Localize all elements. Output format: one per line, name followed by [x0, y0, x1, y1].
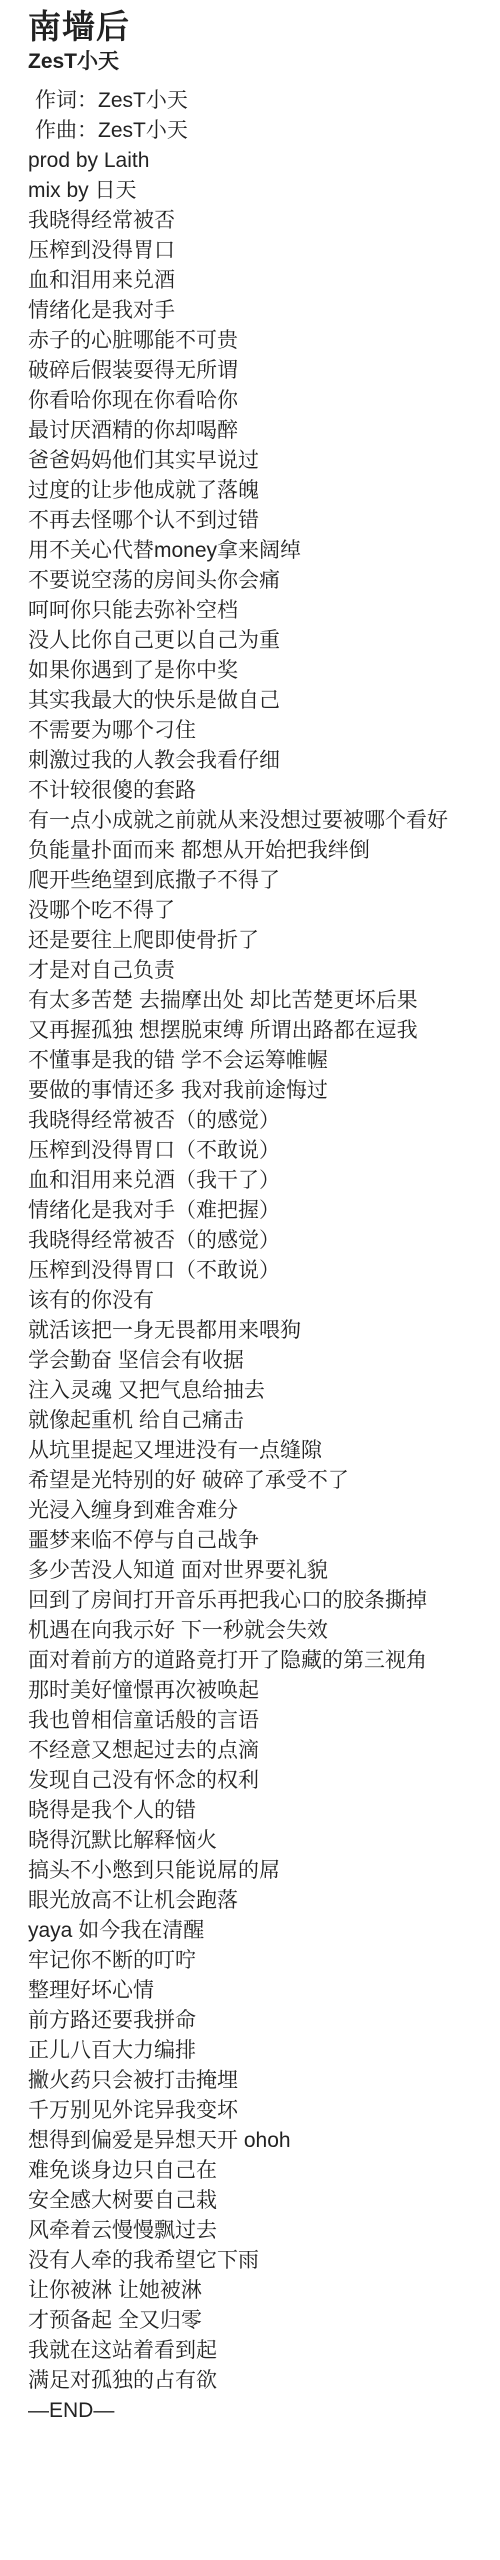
lyric-line: 我晓得经常被否 [28, 206, 490, 236]
lyric-line: 整理好坏心情 [28, 1976, 490, 2006]
lyric-line: 学会勤奋 坚信会有收据 [28, 1346, 490, 1376]
lyric-line: 用不关心代替money拿来阔绰 [28, 536, 490, 566]
lyric-line: 不懂事是我的错 学不会运筹帷幄 [28, 1046, 490, 1076]
lyric-line: 如果你遇到了是你中奖 [28, 656, 490, 686]
lyric-line: 搞头不小憋到只能说屌的屌 [28, 1856, 490, 1886]
lyric-line: 刺激过我的人教会我看仔细 [28, 746, 490, 776]
lyric-line: 千万别见外诧异我变坏 [28, 2096, 490, 2126]
lyric-line: 那时美好憧憬再次被唤起 [28, 1676, 490, 1706]
lyric-line: 破碎后假装耍得无所谓 [28, 356, 490, 386]
lyric-line: 情绪化是我对手（难把握） [28, 1196, 490, 1226]
lyric-line: 过度的让步他成就了落魄 [28, 476, 490, 506]
lyric-line: 多少苦没人知道 面对世界要礼貌 [28, 1556, 490, 1586]
lyric-line: 不要说空荡的房间头你会痛 [28, 566, 490, 596]
lyric-line: 正儿八百大力编排 [28, 2036, 490, 2066]
lyric-line: 没人比你自己更以自己为重 [28, 626, 490, 656]
lyric-line: 希望是光特别的好 破碎了承受不了 [28, 1466, 490, 1496]
lyric-line: 血和泪用来兑酒（我干了） [28, 1166, 490, 1196]
lyric-line: —END— [28, 2396, 490, 2426]
lyric-line: 该有的你没有 [28, 1286, 490, 1316]
lyric-line: 噩梦来临不停与自己战争 [28, 1526, 490, 1556]
credits-block: 作词：ZesT小天 作曲：ZesT小天 prod by Laith mix by… [28, 86, 490, 206]
lyric-line: 压榨到没得胃口（不敢说） [28, 1136, 490, 1166]
lyric-line: 我晓得经常被否（的感觉） [28, 1106, 490, 1136]
lyric-line: 就像起重机 给自己痛击 [28, 1406, 490, 1436]
lyric-line: 就活该把一身无畏都用来喂狗 [28, 1316, 490, 1346]
lyric-line: 面对着前方的道路竟打开了隐藏的第三视角 [28, 1646, 490, 1676]
lyric-line: 前方路还要我拼命 [28, 2006, 490, 2036]
lyric-line: 还是要往上爬即使骨折了 [28, 926, 490, 956]
lyric-line: 要做的事情还多 我对我前途悔过 [28, 1076, 490, 1106]
lyric-line: 没有人牵的我希望它下雨 [28, 2246, 490, 2276]
lyric-line: 注入灵魂 又把气息给抽去 [28, 1376, 490, 1406]
lyric-line: 从坑里提起又埋进没有一点缝隙 [28, 1436, 490, 1466]
lyric-line: 满足对孤独的占有欲 [28, 2366, 490, 2396]
lyric-line: 不计较很傻的套路 [28, 776, 490, 806]
lyric-line: 不经意又想起过去的点滴 [28, 1736, 490, 1766]
lyric-line: 最讨厌酒精的你却喝醉 [28, 416, 490, 446]
lyric-line: 才预备起 全又归零 [28, 2306, 490, 2336]
lyric-line: 不需要为哪个刁住 [28, 716, 490, 746]
lyric-line: 想得到偏爱是异想天开 ohoh [28, 2126, 490, 2156]
lyric-line: 有一点小成就之前就从来没想过要被哪个看好 [28, 806, 490, 836]
credit-producer: prod by Laith [28, 146, 490, 176]
lyric-line: 安全感大树要自己栽 [28, 2186, 490, 2216]
lyric-line: 你看哈你现在你看哈你 [28, 386, 490, 416]
lyric-line: 有太多苦楚 去揣摩出处 却比苦楚更坏后果 [28, 986, 490, 1016]
credit-lyricist: 作词：ZesT小天 [28, 86, 490, 116]
lyric-line: 压榨到没得胃口（不敢说） [28, 1256, 490, 1286]
lyric-line: 其实我最大的快乐是做自己 [28, 686, 490, 716]
lyric-line: 才是对自己负责 [28, 956, 490, 986]
lyric-line: 光浸入缠身到难舍难分 [28, 1496, 490, 1526]
lyric-line: 不再去怪哪个认不到过错 [28, 506, 490, 536]
lyric-line: 回到了房间打开音乐再把我心口的胶条撕掉 [28, 1586, 490, 1616]
lyric-line: 让你被淋 让她被淋 [28, 2276, 490, 2306]
lyric-line: 赤子的心脏哪能不可贵 [28, 326, 490, 356]
lyric-line: 没哪个吃不得了 [28, 896, 490, 926]
lyric-line: 机遇在向我示好 下一秒就会失效 [28, 1616, 490, 1646]
lyric-line: 又再握孤独 想摆脱束缚 所谓出路都在逗我 [28, 1016, 490, 1046]
lyric-line: 我晓得经常被否（的感觉） [28, 1226, 490, 1256]
lyric-line: 我就在这站着看到起 [28, 2336, 490, 2366]
lyric-line: 眼光放高不让机会跑落 [28, 1886, 490, 1916]
credit-mixer: mix by 日天 [28, 176, 490, 206]
lyric-line: 我也曾相信童话般的言语 [28, 1706, 490, 1736]
credit-composer: 作曲：ZesT小天 [28, 116, 490, 146]
lyric-line: 撇火药只会被打击掩埋 [28, 2066, 490, 2096]
artist-name: ZesT小天 [28, 48, 490, 76]
lyrics-page: 南墙后 ZesT小天 作词：ZesT小天 作曲：ZesT小天 prod by L… [0, 0, 500, 2426]
lyric-line: 爬开些绝望到底撒子不得了 [28, 866, 490, 896]
lyric-line: 压榨到没得胃口 [28, 236, 490, 266]
lyric-line: yaya 如今我在清醒 [28, 1916, 490, 1946]
lyrics-body: 我晓得经常被否压榨到没得胃口血和泪用来兑酒情绪化是我对手赤子的心脏哪能不可贵破碎… [28, 206, 490, 2426]
lyric-line: 风牵着云慢慢飘过去 [28, 2216, 490, 2246]
lyric-line: 晓得是我个人的错 [28, 1796, 490, 1826]
lyric-line: 爸爸妈妈他们其实早说过 [28, 446, 490, 476]
lyric-line: 难免谈身边只自己在 [28, 2156, 490, 2186]
song-title: 南墙后 [28, 6, 490, 48]
lyric-line: 血和泪用来兑酒 [28, 266, 490, 296]
lyric-line: 发现自己没有怀念的权利 [28, 1766, 490, 1796]
lyric-line: 负能量扑面而来 都想从开始把我绊倒 [28, 836, 490, 866]
lyric-line: 情绪化是我对手 [28, 296, 490, 326]
lyric-line: 牢记你不断的叮咛 [28, 1946, 490, 1976]
lyric-line: 呵呵你只能去弥补空档 [28, 596, 490, 626]
lyric-line: 晓得沉默比解释恼火 [28, 1826, 490, 1856]
